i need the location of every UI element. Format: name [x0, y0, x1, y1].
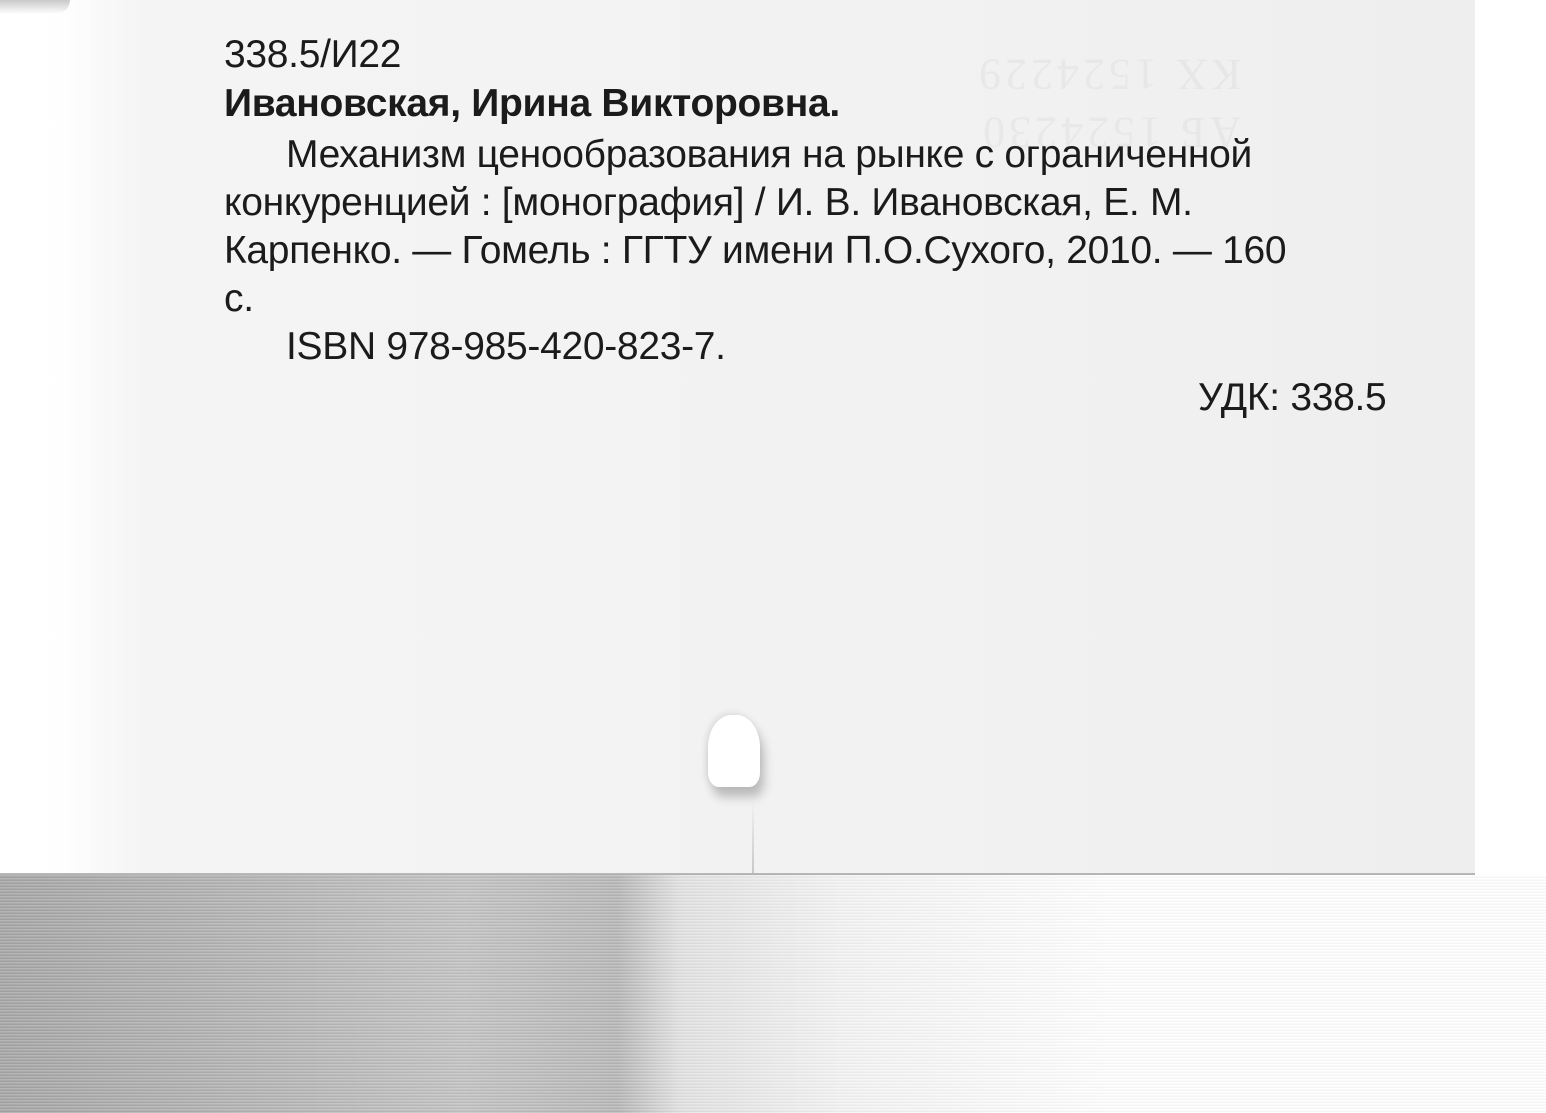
- description-line: конкуренцией : [монография] / И. В. Иван…: [224, 178, 1193, 227]
- isbn: ISBN 978-985-420-823-7.: [286, 322, 726, 371]
- description-line: с.: [224, 274, 254, 323]
- scan-shadow: [0, 0, 70, 14]
- card-crease: [752, 800, 754, 875]
- udk-classification: УДК: 338.5: [1198, 373, 1386, 422]
- punch-hole: [708, 715, 760, 787]
- catalog-card: АБ 1524230 КХ 1524229 338.5/И22 Ивановск…: [0, 0, 1475, 875]
- card-left-sheen: [0, 0, 90, 875]
- description-line: Карпенко. — Гомель : ГГТУ имени П.О.Сухо…: [224, 226, 1286, 275]
- bleed-through-line: КХ 1524229: [975, 45, 1241, 103]
- scanner-background: [0, 875, 1546, 1113]
- description-line: Механизм ценообразования на рынке с огра…: [286, 130, 1252, 179]
- author-heading: Ивановская, Ирина Викторовна.: [224, 79, 840, 128]
- call-number: 338.5/И22: [224, 30, 401, 79]
